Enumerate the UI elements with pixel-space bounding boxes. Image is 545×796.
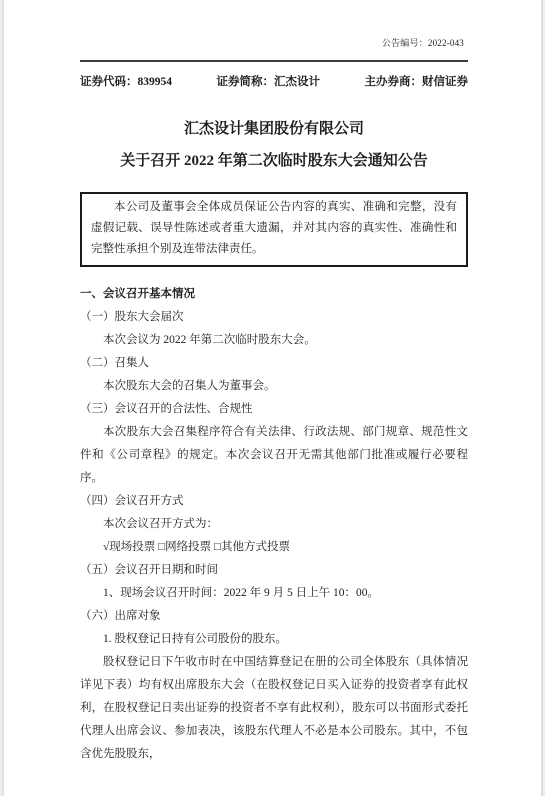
item-1-6-heading: （六）出席对象	[80, 605, 468, 628]
sponsor-label: 主办券商：财信证券	[365, 73, 469, 89]
document-page: 公告编号：2022-043 证券代码：839954 证券简称：汇杰设计 主办券商…	[2, 0, 543, 796]
stock-short-name-label: 证券简称：汇杰设计	[217, 73, 321, 89]
item-1-4-heading: （四）会议召开方式	[80, 490, 468, 513]
company-title: 汇杰设计集团股份有限公司	[80, 119, 468, 139]
item-1-6-text: 股权登记日下午收市时在中国结算登记在册的公司全体股东（具体情况详见下表）均有权出…	[80, 651, 468, 766]
header-divider	[80, 60, 468, 62]
item-1-2-heading: （二）召集人	[80, 352, 468, 375]
item-1-2-text: 本次股东大会的召集人为董事会。	[80, 375, 468, 398]
item-1-6-point-1: 1. 股权登记日持有公司股份的股东。	[80, 628, 468, 651]
item-1-5-heading: （五）会议召开日期和时间	[80, 559, 468, 582]
item-1-4-text: 本次会议召开方式为：	[80, 513, 468, 536]
item-1-1-text: 本次会议为 2022 年第二次临时股东大会。	[80, 329, 468, 352]
item-1-1-heading: （一）股东大会届次	[80, 306, 468, 329]
securities-info-row: 证券代码：839954 证券简称：汇杰设计 主办券商：财信证券	[80, 73, 468, 89]
section-1-heading: 一、会议召开基本情况	[80, 283, 468, 306]
announcement-body: 一、会议召开基本情况 （一）股东大会届次 本次会议为 2022 年第二次临时股东…	[80, 283, 468, 766]
voting-method-options: √现场投票 □网络投票 □其他方式投票	[80, 536, 468, 559]
declaration-box: 本公司及董事会全体成员保证公告内容的真实、准确和完整，没有虚假记载、误导性陈述或…	[80, 192, 468, 267]
notice-number: 公告编号：2022-043	[80, 36, 468, 49]
item-1-3-heading: （三）会议召开的合法性、合规性	[80, 398, 468, 421]
stock-code-label: 证券代码：839954	[80, 73, 172, 89]
item-1-3-text: 本次股东大会召集程序符合有关法律、行政法规、部门规章、规范性文件和《公司章程》的…	[80, 421, 468, 490]
item-1-5-text: 1、现场会议召开时间：2022 年 9 月 5 日上午 10：00。	[80, 582, 468, 605]
announcement-title: 关于召开 2022 年第二次临时股东大会通知公告	[80, 151, 468, 171]
